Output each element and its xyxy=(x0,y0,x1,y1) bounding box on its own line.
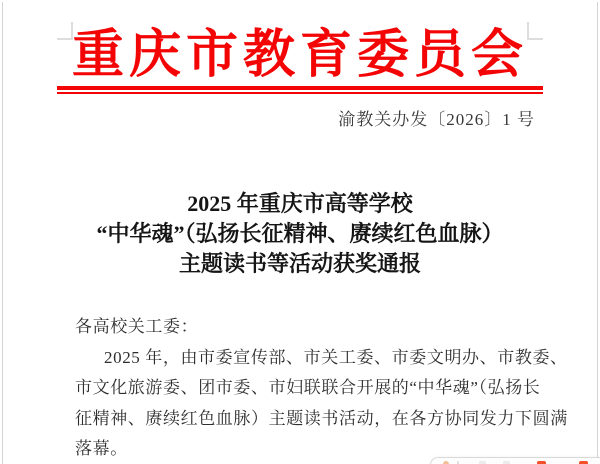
document-title-line-3: 主题读书等活动获奖通报 xyxy=(0,249,600,279)
salutation-line: 各高校关工委： xyxy=(75,312,550,343)
letterhead-red-rule xyxy=(57,86,543,94)
floating-toolbar[interactable] xyxy=(430,457,600,464)
body-paragraph-line: 征精神、赓续红色血脉）主题读书活动，在各方协同发力下圆满 xyxy=(75,404,550,435)
body-paragraph-line: 市文化旅游委、团市委、市妇联联合开展的“中华魂”（弘扬长 xyxy=(75,373,550,404)
document-title-line-1: 2025 年重庆市高等学校 xyxy=(0,189,600,219)
letterhead-agency-name: 重庆市教育委员会 xyxy=(0,12,600,87)
document-reference-number: 渝教关办发〔2026〕1 号 xyxy=(57,105,543,130)
document-title-line-2: “中华魂”（弘扬长征精神、赓续红色血脉） xyxy=(0,219,600,249)
document-title: 2025 年重庆市高等学校 “中华魂”（弘扬长征精神、赓续红色血脉） 主题读书等… xyxy=(0,189,600,279)
red-rule-thin-line xyxy=(57,92,543,94)
document-body: 各高校关工委： 2025 年，由市委宣传部、市关工委、市委文明办、市教委、 市文… xyxy=(75,312,550,464)
body-paragraph-line: 2025 年，由市委宣传部、市关工委、市委文明办、市教委、 xyxy=(75,343,550,374)
document-page: 重庆市教育委员会 渝教关办发〔2026〕1 号 2025 年重庆市高等学校 “中… xyxy=(0,0,600,464)
